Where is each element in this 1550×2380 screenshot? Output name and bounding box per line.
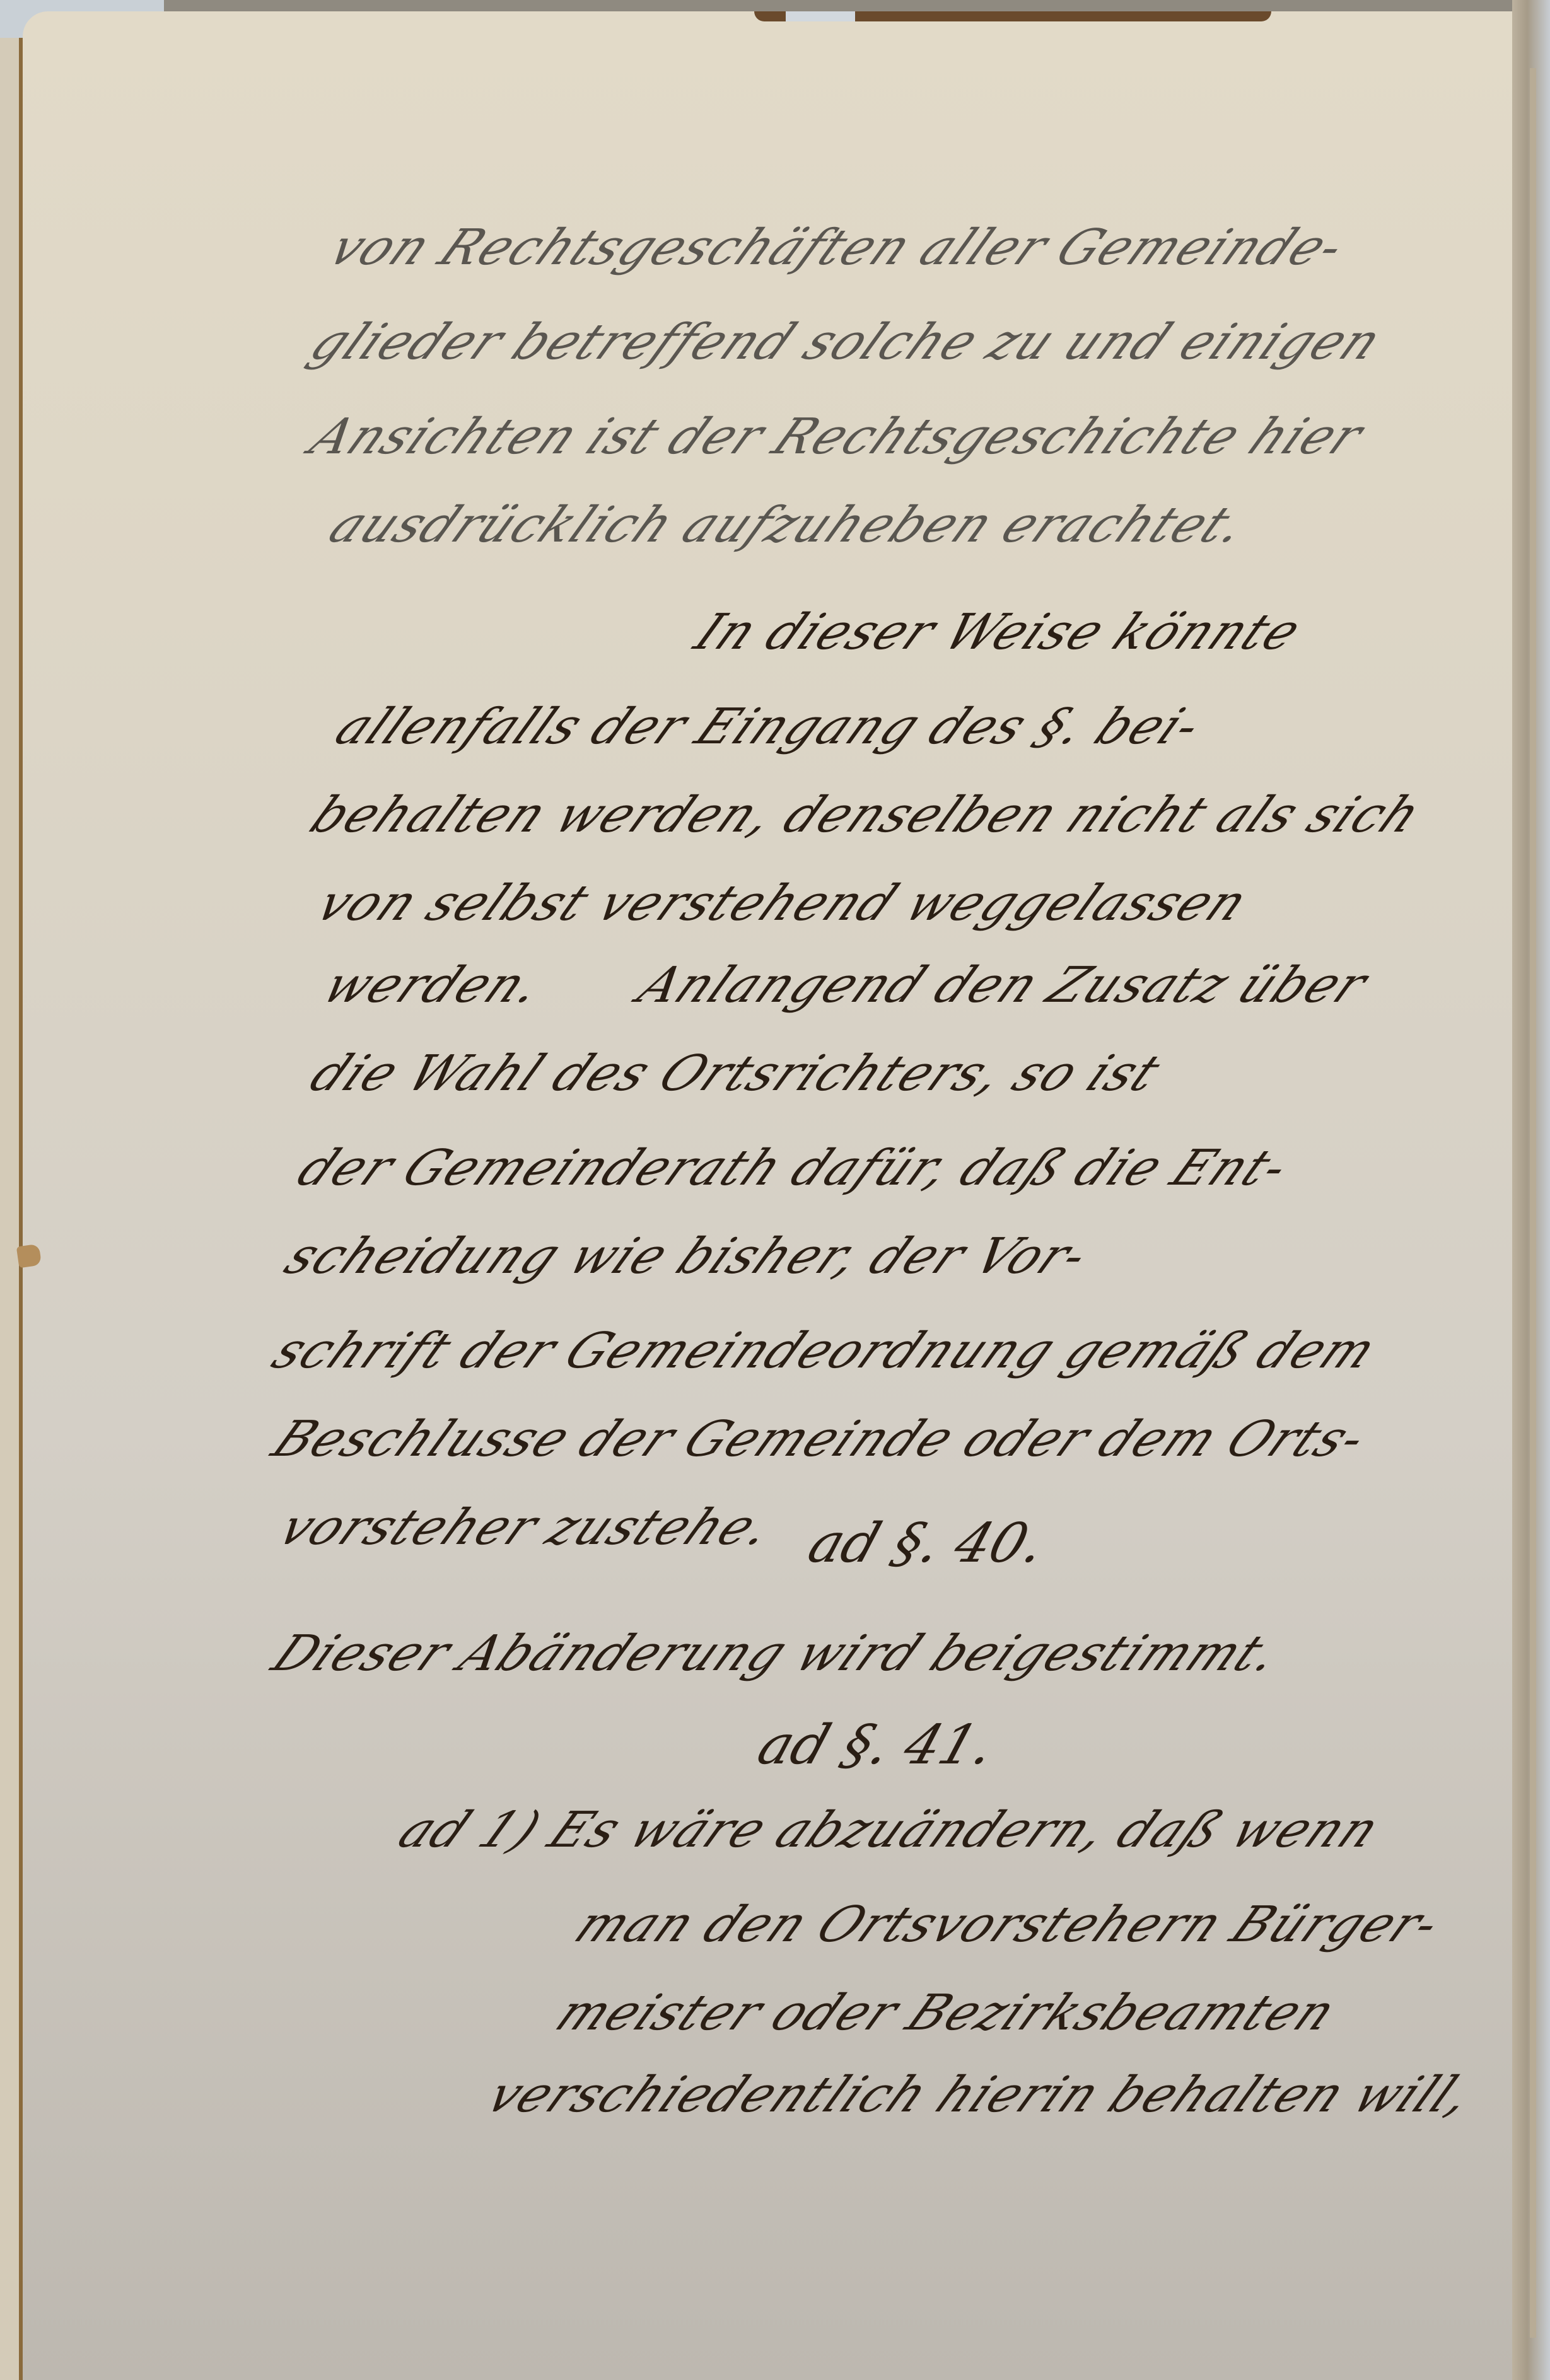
text-line: ausdrücklich aufzuheben erachtet. <box>319 497 1259 554</box>
text-line: man den Ortsvorstehern Bürger- <box>565 1896 1452 1953</box>
text-line: von Rechtsgeschäften aller Gemeinde- <box>319 219 1356 276</box>
page-right-edge <box>1530 68 1536 2338</box>
text-line: Anlangend den Zusatz über <box>628 957 1378 1014</box>
text-line: der Gemeinderath dafür, daß die Ent- <box>288 1140 1300 1197</box>
text-line: Ansichten ist der Rechtsgeschichte hier <box>300 409 1374 465</box>
text-line: In dieser Weise könnte <box>685 604 1312 661</box>
text-line: vorsteher zustehe. <box>269 1499 784 1556</box>
text-line: Beschlusse der Gemeinde oder dem Orts- <box>262 1411 1378 1468</box>
text-line: allenfalls der Eingang des §. bei- <box>325 699 1213 755</box>
text-line: meister oder Bezirksbeamten <box>546 1985 1347 2041</box>
text-line: die Wahl des Ortsrichters, so ist <box>300 1045 1172 1102</box>
section-40-text: Dieser Abänderung wird beigestimmt. <box>262 1625 1292 1682</box>
text-line: werden. <box>313 957 554 1014</box>
torn-top-gap <box>786 11 855 21</box>
text-line: verschiedentlich hierin behalten will, <box>477 2067 1484 2123</box>
manuscript-page: von Rechtsgeschäften aller Gemeinde- gli… <box>23 11 1512 2380</box>
previous-page-edge <box>0 38 23 2380</box>
text-line: schrift der Gemeindeordnung gemäß dem <box>262 1323 1387 1379</box>
text-line: ad 1) Es wäre abzuändern, daß wenn <box>388 1802 1391 1859</box>
section-heading-41: ad §. 41. <box>750 1714 1003 1777</box>
text-line: scheidung wie bisher, der Vor- <box>275 1228 1100 1285</box>
section-heading-40: ad §. 40. <box>801 1512 1054 1575</box>
text-line: behalten werden, denselben nicht als sic… <box>300 787 1432 844</box>
text-line: glieder betreffend solche zu und einigen <box>300 314 1392 371</box>
text-line: von selbst verstehend weggelassen <box>306 875 1259 932</box>
